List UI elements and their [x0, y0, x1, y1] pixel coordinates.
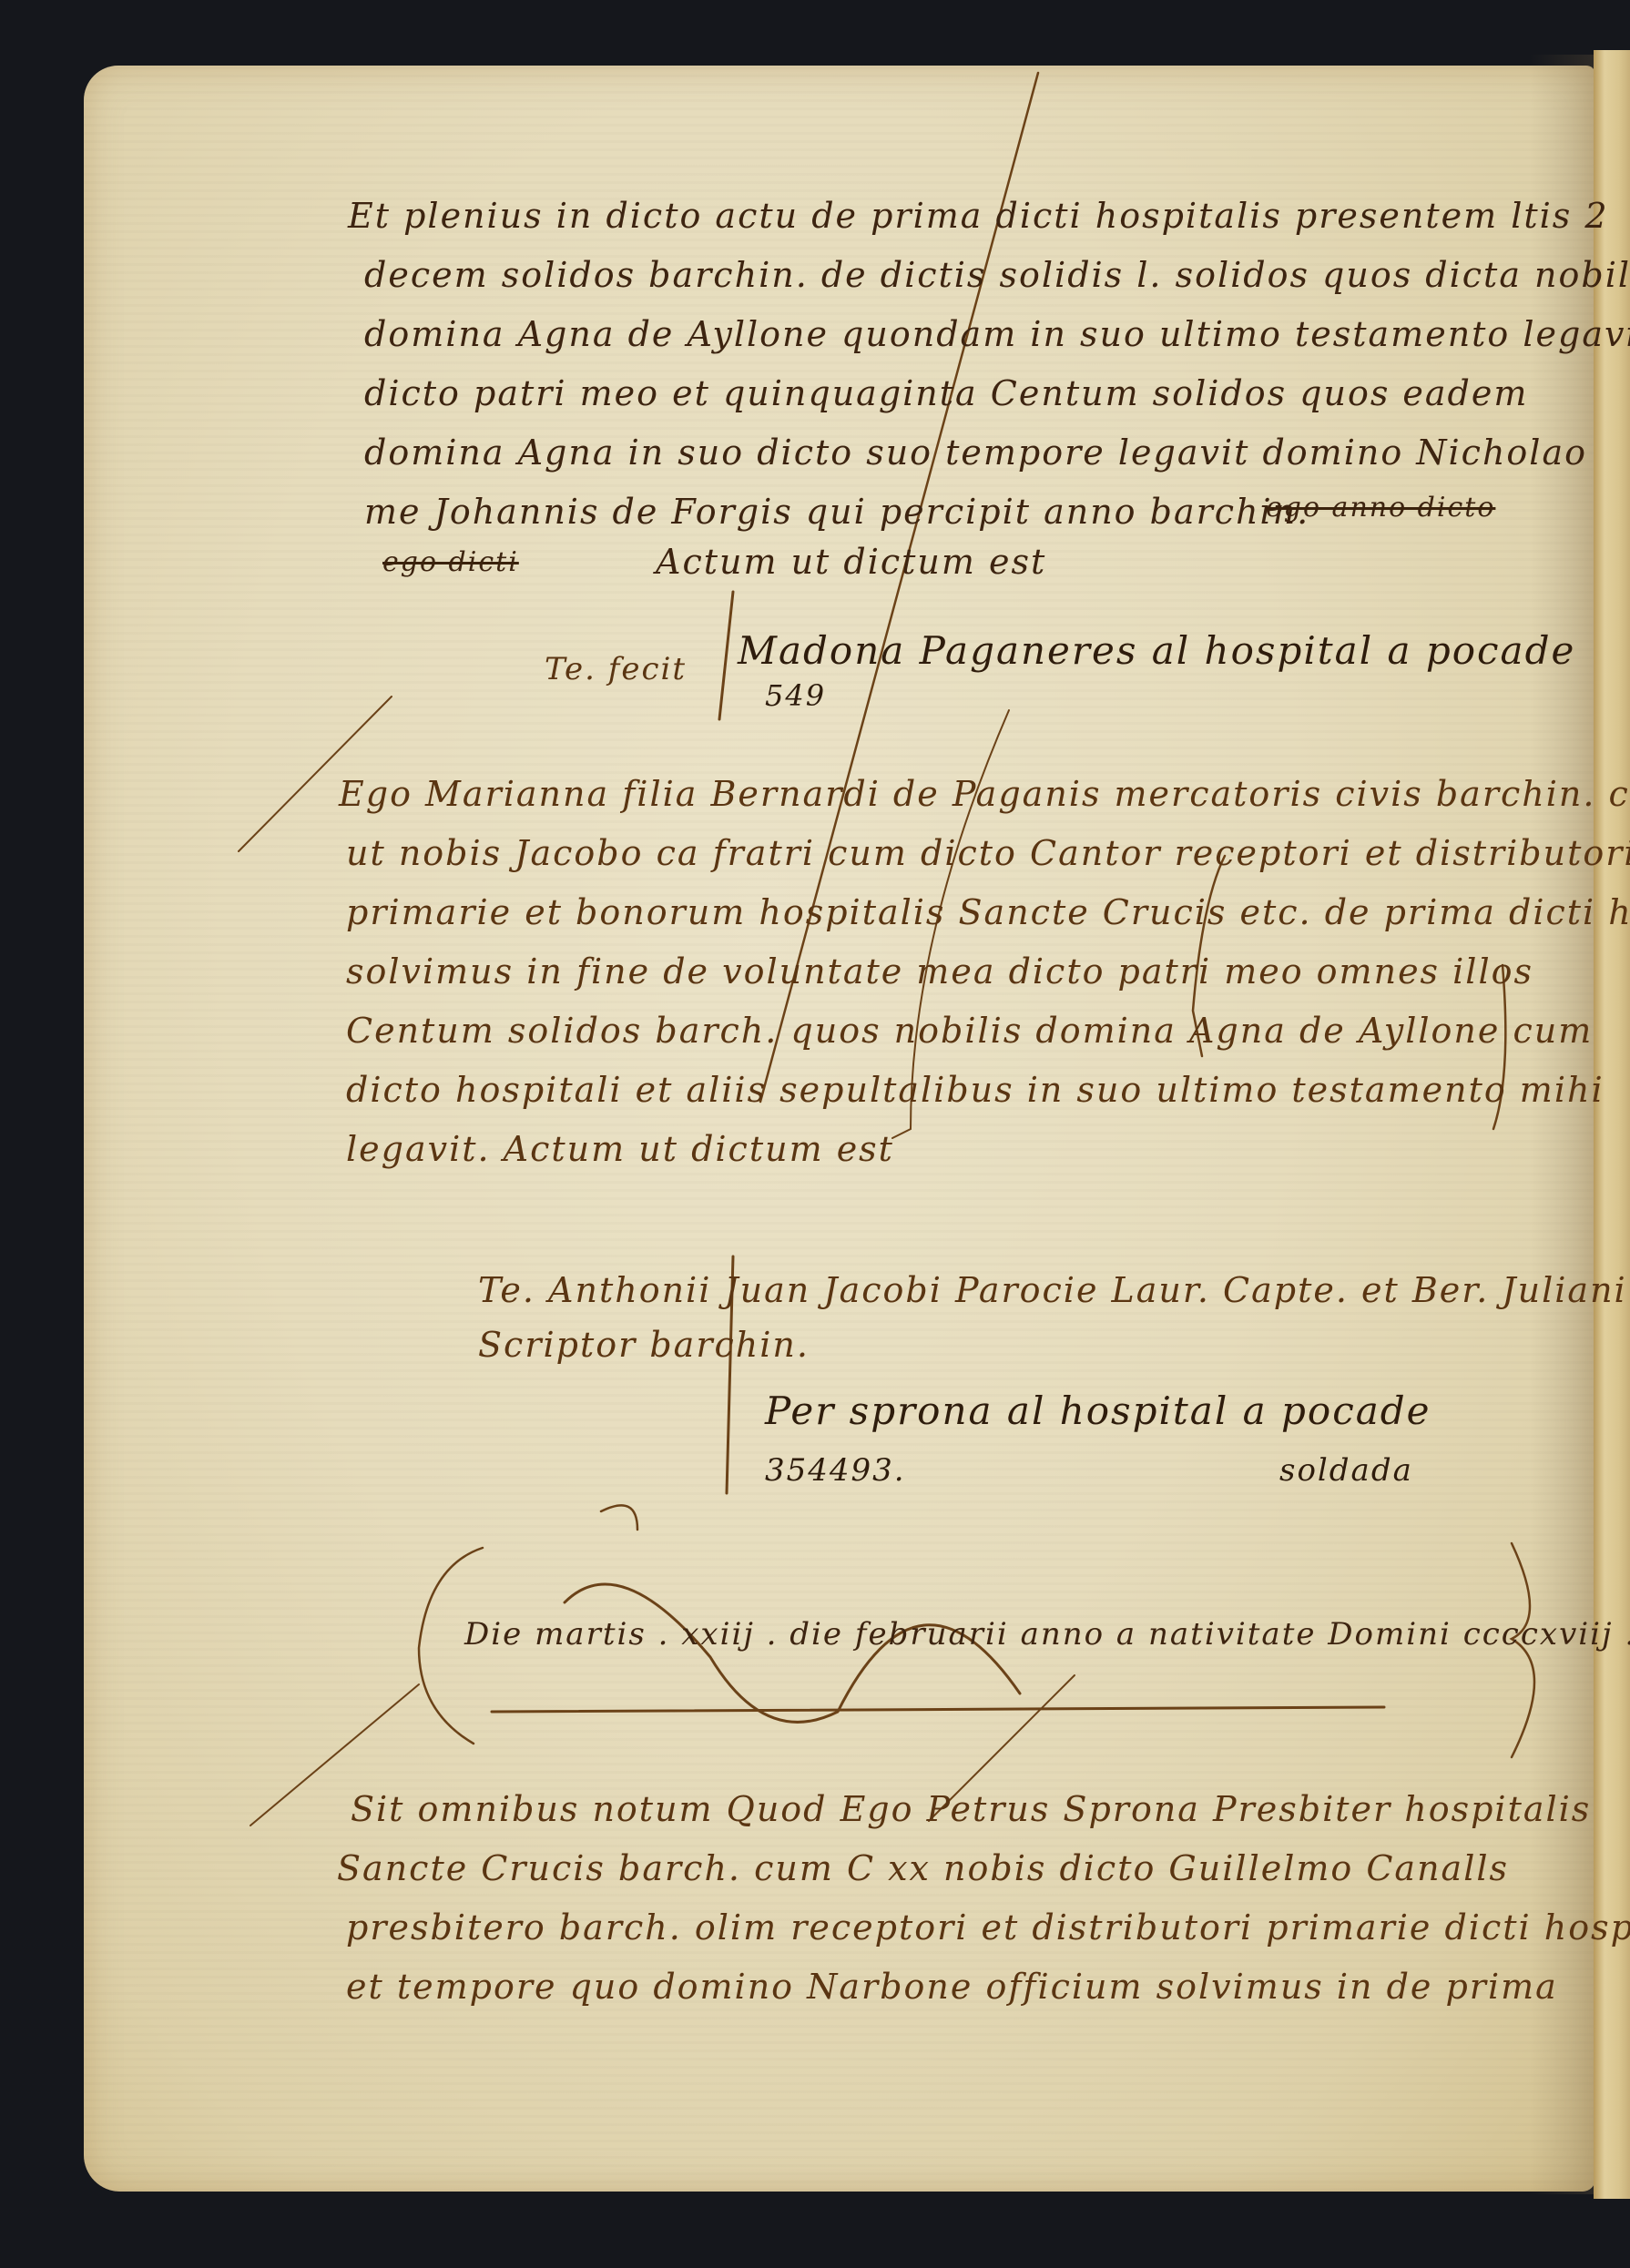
entry3-line-2: Sancte Crucis barch. cum C xx nobis dict… — [337, 1848, 1509, 1888]
entry3-line-3: presbitero barch. olim receptori et dist… — [346, 1907, 1630, 1948]
entry2-line-7: legavit. Actum ut dictum est — [346, 1129, 894, 1169]
entry2-line-6: dicto hospitali et aliis sepultalibus in… — [346, 1070, 1605, 1110]
marginal1-number: 549 — [765, 678, 826, 713]
witness-line-1: Te. Anthonii Juan Jacobi Parocie Laur. C… — [478, 1270, 1627, 1310]
entry3-line-1: Sit omnibus notum Quod Ego Petrus Sprona… — [351, 1789, 1591, 1829]
date-heading: Die martis . xxiij . die februarii anno … — [464, 1616, 1630, 1653]
marginal1-label: Te. fecit — [545, 651, 687, 687]
page-gutter-shadow — [1530, 55, 1594, 2194]
binding-edge — [1594, 50, 1630, 2199]
entry1-line-3: domina Agna de Ayllone quondam in suo ul… — [364, 314, 1630, 354]
entry2-line-4: solvimus in fine de voluntate mea dicto … — [346, 951, 1533, 992]
marginal2-note: Per sprona al hospital a pocade — [765, 1388, 1431, 1433]
witness-line-2: Scriptor barchin. — [478, 1325, 810, 1365]
marginal1-note: Madona Paganeres al hospital a pocade — [738, 628, 1575, 673]
entry1-line-6: me Johannis de Forgis qui percipit anno … — [364, 492, 1309, 532]
entry1-line-2: decem solidos barchin. de dictis solidis… — [364, 255, 1630, 295]
entry2-line-5: Centum solidos barch. quos nobilis domin… — [346, 1011, 1593, 1051]
entry1-line-4: dicto patri meo et quinquaginta Centum s… — [364, 373, 1528, 413]
marginal2-word: soldada — [1279, 1452, 1413, 1489]
entry3-line-4: et tempore quo domino Narbone officium s… — [346, 1967, 1558, 2007]
entry1-closing: Actum ut dictum est — [656, 542, 1046, 582]
struck-text-1: ego anno dicto — [1266, 492, 1495, 524]
entry2-line-2: ut nobis Jacobo ca fratri cum dicto Cant… — [346, 833, 1630, 873]
entry2-line-3: primarie et bonorum hospitalis Sancte Cr… — [346, 892, 1630, 932]
entry1-line-1: Et plenius in dicto actu de prima dicti … — [348, 196, 1609, 236]
entry2-line-1: Ego Marianna filia Bernardi de Paganis m… — [339, 774, 1630, 814]
struck-text-2: ego dicti — [382, 546, 519, 578]
marginal2-number: 354493. — [765, 1452, 906, 1489]
entry1-line-5: domina Agna in suo dicto suo tempore leg… — [364, 432, 1587, 473]
